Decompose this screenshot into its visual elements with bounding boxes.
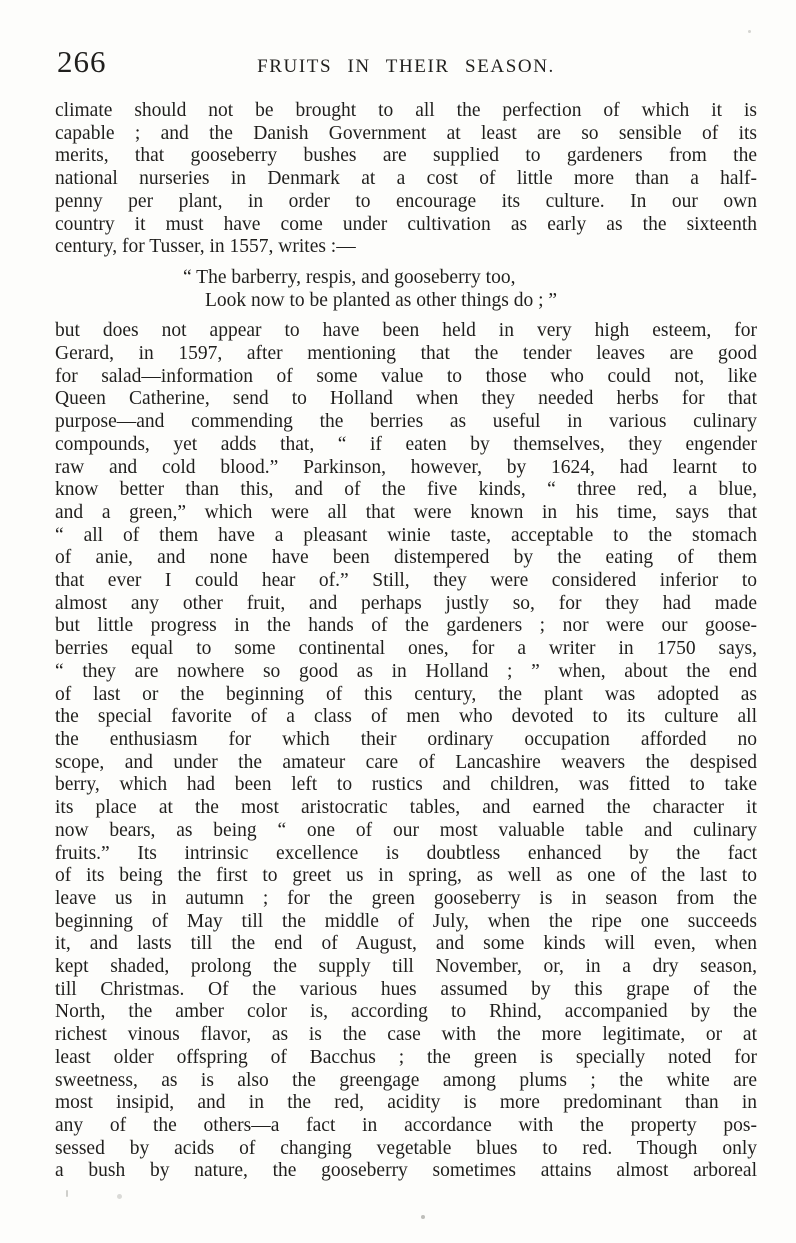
text-line: and a green,” which were all that were k… [55, 502, 757, 525]
text-line: of last or the beginning of this century… [55, 684, 757, 707]
text-line: it, and lasts till the end of August, an… [55, 933, 757, 956]
text-line: Queen Catherine, send to Holland when th… [55, 388, 757, 411]
scan-speck [421, 1215, 425, 1219]
text-line: compounds, yet adds that, “ if eaten by … [55, 434, 757, 457]
book-page: 266 FRUITS IN THEIR SEASON. climate shou… [0, 0, 796, 1243]
text-line: now bears, as being “ one of our most va… [55, 820, 757, 843]
text-line: that ever I could hear of.” Still, they … [55, 570, 757, 593]
paragraph: but does not appear to have been held in… [55, 320, 757, 1183]
text-line: “ they are nowhere so good as in Holland… [55, 661, 757, 684]
text-line: fruits.” Its intrinsic excellence is dou… [55, 843, 757, 866]
text-line: country it must have come under cultivat… [55, 214, 757, 237]
text-line: “ all of them have a pleasant winie tast… [55, 525, 757, 548]
scan-speck [66, 1190, 68, 1197]
text-line: for salad—information of some value to t… [55, 366, 757, 389]
text-line: know better than this, and of the five k… [55, 479, 757, 502]
text-line: a bush by nature, the gooseberry sometim… [55, 1160, 757, 1183]
text-line: capable ; and the Danish Government at l… [55, 123, 757, 146]
text-line: kept shaded, prolong the supply till Nov… [55, 956, 757, 979]
text-line: penny per plant, in order to encourage i… [55, 191, 757, 214]
text-line: merits, that gooseberry bushes are suppl… [55, 145, 757, 168]
paragraph: climate should not be brought to all the… [55, 100, 757, 259]
text-line: least older offspring of Bacchus ; the g… [55, 1047, 757, 1070]
text-line: its place at the most aristocratic table… [55, 797, 757, 820]
text-line: national nurseries in Denmark at a cost … [55, 168, 757, 191]
text-line: of anie, and none have been distempered … [55, 547, 757, 570]
running-header-title: FRUITS IN THEIR SEASON. [55, 57, 757, 76]
page-body: climate should not be brought to all the… [55, 100, 757, 1183]
text-line: raw and cold blood.” Parkinson, however,… [55, 457, 757, 480]
text-line: richest vinous flavor, as is the case wi… [55, 1024, 757, 1047]
text-line: but little progress in the hands of the … [55, 615, 757, 638]
text-line: purpose—and commending the berries as us… [55, 411, 757, 434]
text-line: beginning of May till the middle of July… [55, 911, 757, 934]
text-line: berries equal to some continental ones, … [55, 638, 757, 661]
text-line: scope, and under the amateur care of Lan… [55, 752, 757, 775]
text-line: almost any other fruit, and perhaps just… [55, 593, 757, 616]
text-line: berry, which had been left to rustics an… [55, 774, 757, 797]
text-line: but does not appear to have been held in… [55, 320, 757, 343]
text-line: till Christmas. Of the various hues assu… [55, 979, 757, 1002]
text-line: sweetness, as is also the greengage amon… [55, 1070, 757, 1093]
text-line: North, the amber color is, according to … [55, 1001, 757, 1024]
text-line: climate should not be brought to all the… [55, 100, 757, 123]
text-line: any of the others—a fact in accordance w… [55, 1115, 757, 1138]
text-line: the enthusiasm for which their ordinary … [55, 729, 757, 752]
text-line: most insipid, and in the red, acidity is… [55, 1092, 757, 1115]
text-line: Gerard, in 1597, after mentioning that t… [55, 343, 757, 366]
verse-quote: “ The barberry, respis, and gooseberry t… [183, 267, 757, 312]
verse-line: Look now to be planted as other things d… [205, 290, 757, 313]
text-line: of its being the first to greet us in sp… [55, 865, 757, 888]
verse-line: “ The barberry, respis, and gooseberry t… [183, 267, 757, 290]
text-line: leave us in autumn ; for the green goose… [55, 888, 757, 911]
text-line: the special favorite of a class of men w… [55, 706, 757, 729]
scan-speck [117, 1194, 122, 1199]
scan-speck [748, 30, 751, 33]
text-line: century, for Tusser, in 1557, writes :— [55, 236, 757, 259]
text-line: sessed by acids of changing vegetable bl… [55, 1138, 757, 1161]
